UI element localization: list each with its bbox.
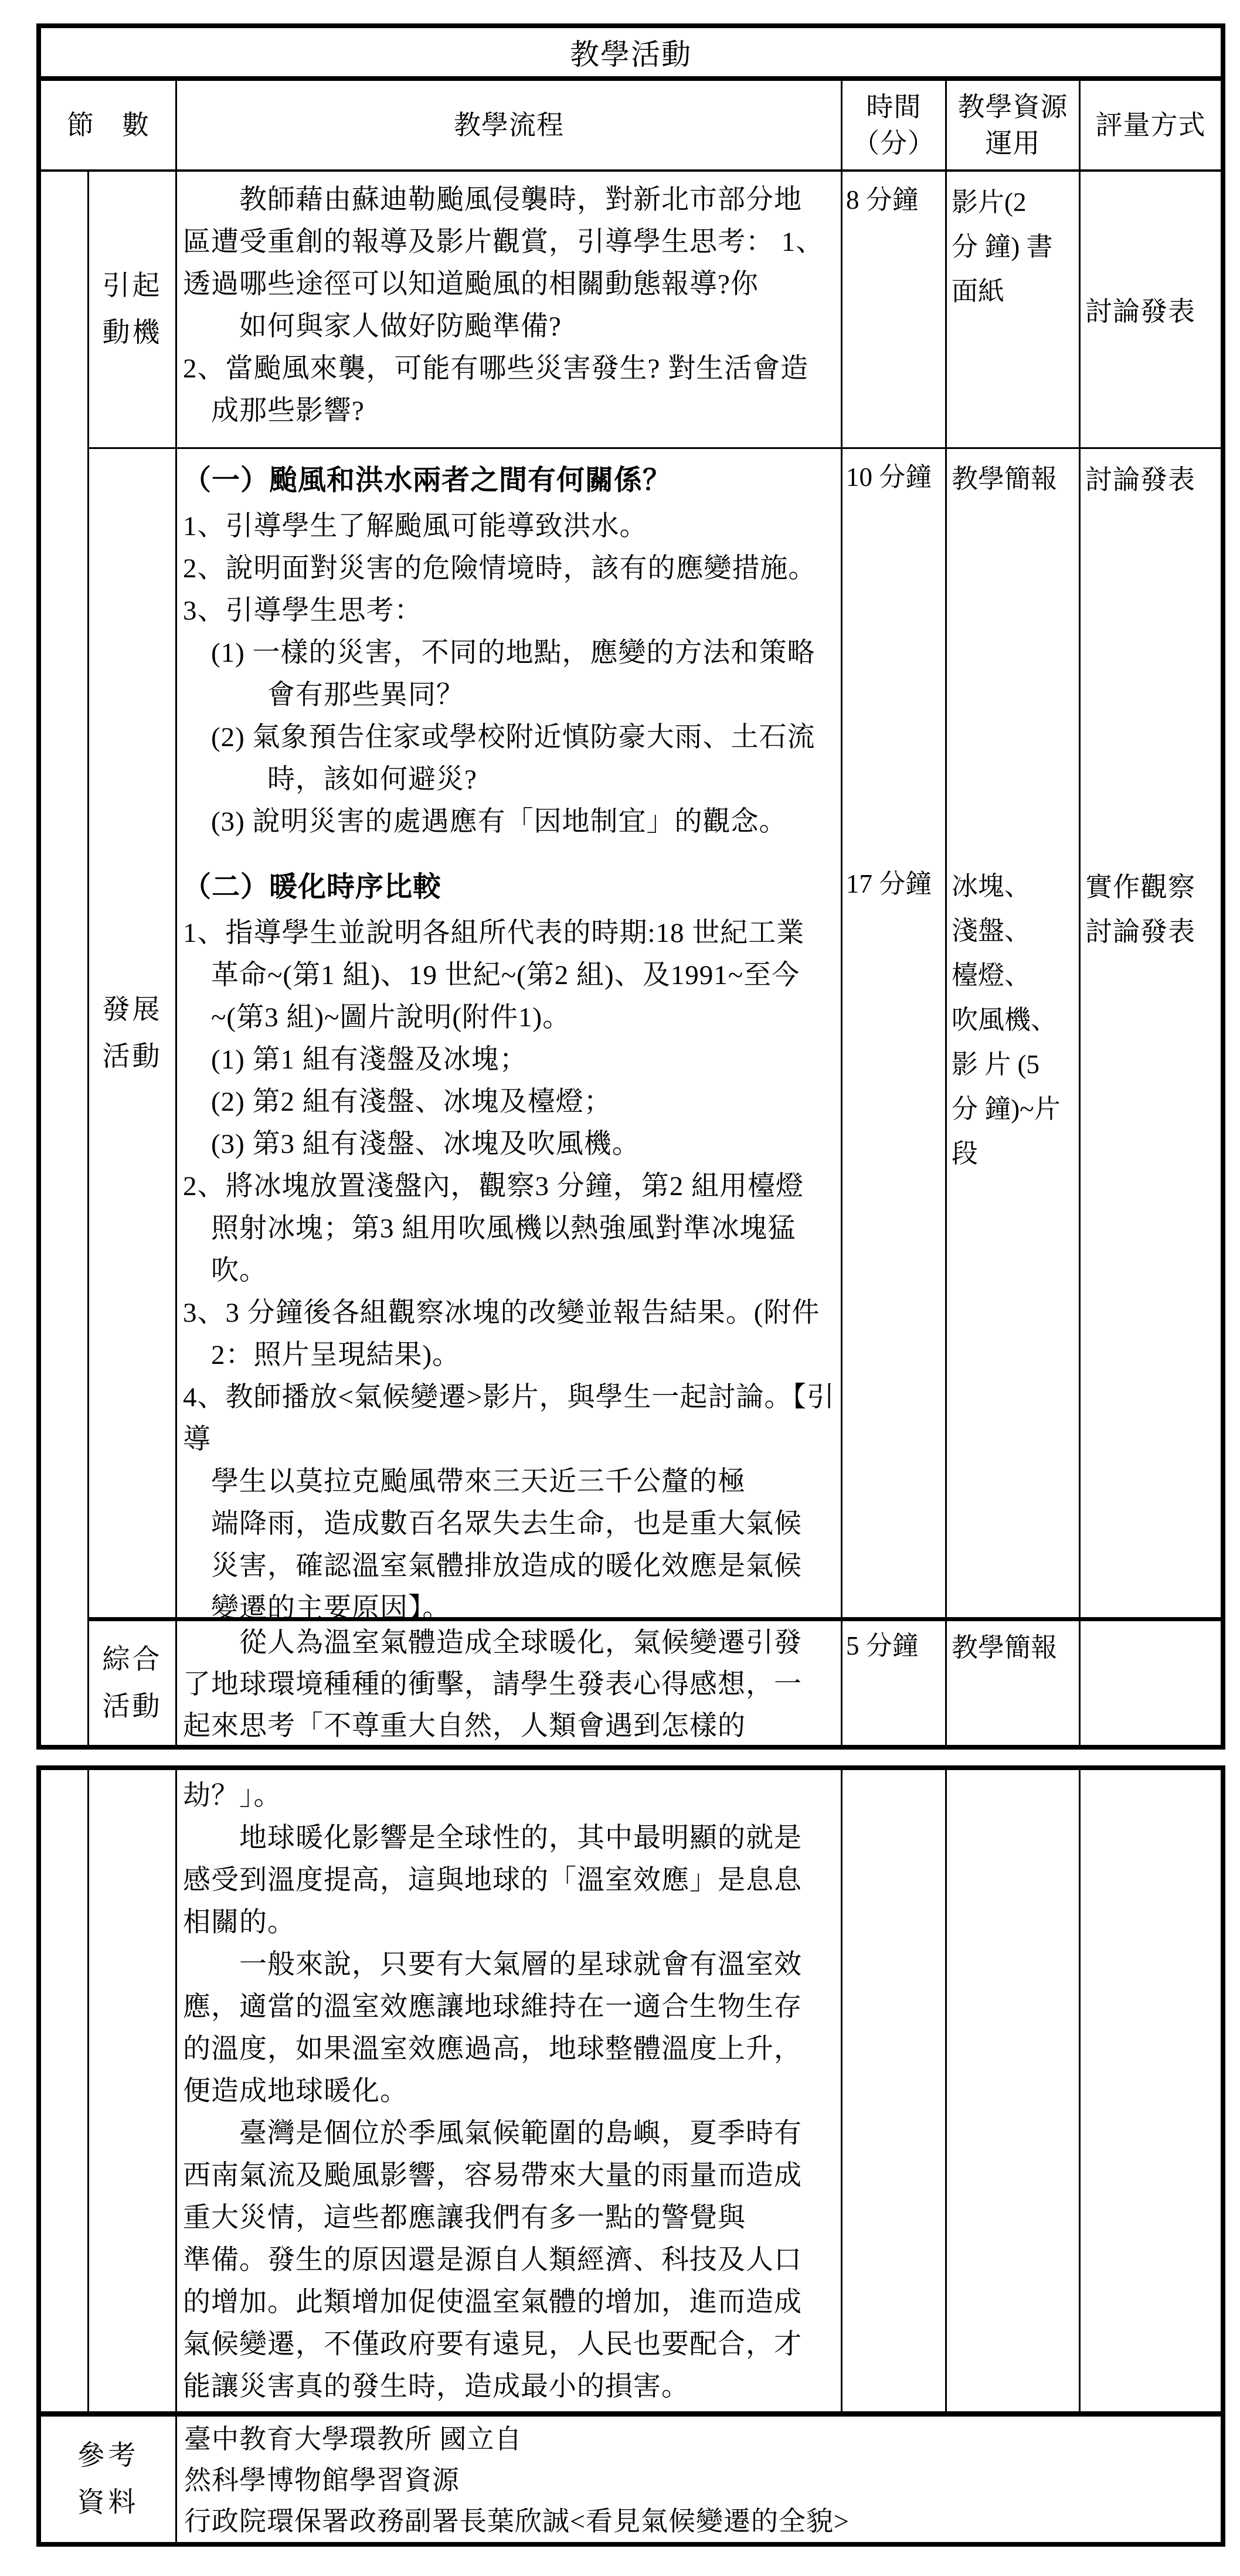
stage-label-cell-cont	[89, 1770, 177, 2417]
continuation-flow: 劫？」。 地球暖化影響是全球性的，其中最明顯的就是感受到溫度提高，這與地球的「溫…	[177, 1770, 842, 2417]
teaching-activity-table-continued: 劫？」。 地球暖化影響是全球性的，其中最明顯的就是感受到溫度提高，這與地球的「溫…	[36, 1765, 1225, 2547]
text-line: (2) 氣象預告住家或學校附近慎防豪大雨、土石流	[183, 716, 837, 758]
text-line: 活動	[103, 1033, 162, 1080]
text-line: (3) 第3 組有淺盤、冰塊及吹風機。	[183, 1123, 837, 1165]
text-line: 然科學博物館學習資源	[184, 2460, 1217, 2501]
col-header-resource: 教學資源運用	[947, 81, 1081, 172]
text-line: 一般來說，只要有大氣層的星球就會有溫室效	[183, 1944, 837, 1986]
continuation-time	[842, 1770, 947, 2417]
session-number-cell	[41, 172, 89, 1745]
text-line: (1) 一樣的災害，不同的地點，應變的方法和策略	[183, 632, 837, 674]
row3-flow: 從人為溫室氣體造成全球暖化，氣候變遷引發了地球環境種種的衝擊，請學生發表心得感想…	[177, 1621, 842, 1745]
text-line: ~(第3 組)~圖片說明(附件1)。	[183, 996, 837, 1039]
text-line: 感受到溫度提高，這與地球的「溫室效應」是息息	[183, 1859, 837, 1901]
row2-section2-time: 17 分鐘	[842, 856, 947, 1621]
text-line: 從人為溫室氣體造成全球暖化，氣候變遷引發	[183, 1622, 837, 1664]
text-line: 實作觀察	[1085, 865, 1221, 910]
text-line: 教師藉由蘇迪勒颱風侵襲時，對新北市部分地	[183, 179, 837, 221]
text-line: 2、將冰塊放置淺盤內，觀察3 分鐘，第2 組用檯燈	[183, 1165, 837, 1207]
col-header-assessment: 評量方式	[1081, 81, 1221, 172]
text-line: (3) 說明災害的處遇應有「因地制宜」的觀念。	[183, 801, 837, 843]
text-line: 時，該如何避災?	[183, 758, 837, 801]
text-line: 變遷的主要原因】。	[183, 1587, 837, 1621]
text-line: 運用	[986, 125, 1041, 162]
col-header-session: 節 數	[41, 81, 177, 172]
row2-section2-flow: （二）暖化時序比較 1、指導學生並說明各組所代表的時期:18 世紀工業 革命~(…	[177, 856, 842, 1621]
text-line: 能讓災害真的發生時，造成最小的損害。	[183, 2366, 837, 2408]
text-line: 臺中教育大學環教所 國立自	[184, 2419, 1217, 2460]
row3-assessment	[1081, 1621, 1221, 1745]
row2-section1-time: 10 分鐘	[842, 449, 947, 856]
row2-section1-flow: （一）颱風和洪水兩者之間有何關係？ 1、引導學生了解颱風可能導致洪水。2、說明面…	[177, 449, 842, 856]
text-line: 2、當颱風來襲，可能有哪些災害發生? 對生活會造	[183, 348, 837, 390]
text-line: 透過哪些途徑可以知道颱風的相關動態報導?你	[183, 263, 837, 305]
text-line: 學生以莫拉克颱風帶來三天近三千公釐的極	[183, 1461, 837, 1503]
text-line: 時間	[867, 89, 922, 125]
text-line: 氣候變遷，不僅政府要有遠見，人民也要配合，才	[183, 2323, 837, 2366]
text-line: 活動	[103, 1683, 162, 1730]
text-line: 如何與家人做好防颱準備?	[183, 305, 837, 348]
text-line: 影片(2	[952, 180, 1076, 224]
row2-section1-assessment: 討論發表	[1081, 449, 1221, 856]
row2-section1-resource: 教學簡報	[947, 449, 1081, 856]
row3-resource: 教學簡報	[947, 1621, 1081, 1745]
text-line: 革命~(第1 組)、19 世紀~(第2 組)、及1991~至今	[183, 954, 837, 996]
col-header-flow: 教學流程	[177, 81, 842, 172]
text-line: 行政院環保署政務副署長葉欣誠<看見氣候變遷的全貌>	[184, 2501, 1217, 2542]
text-line: 綜合	[103, 1636, 162, 1683]
row1-flow: 教師藉由蘇迪勒颱風侵襲時，對新北市部分地區遭受重創的報導及影片觀賞，引導學生思考…	[177, 172, 842, 449]
text-line: 會有那些異同？	[183, 674, 837, 716]
text-line: 成那些影響?	[183, 390, 837, 432]
lesson-plan-document: 教學活動 節 數 教學流程 時間（分） 教學資源運用 評量方式 引起動機 教師藉…	[0, 0, 1240, 2576]
text-line: 分 鐘)~片	[952, 1087, 1076, 1131]
text-line: 應，適當的溫室效應讓地球維持在一適合生物生存	[183, 1986, 837, 2028]
continuation-assessment	[1081, 1770, 1221, 2417]
text-line: 段	[952, 1131, 1076, 1176]
text-line: 照射冰塊；第3 組用吹風機以熱強風對準冰塊猛	[183, 1207, 837, 1250]
text-line: 吹風機、	[952, 998, 1076, 1042]
text-line: 發展	[103, 986, 162, 1033]
row3-stage-label: 綜合活動	[89, 1621, 177, 1745]
section2-lines: 1、指導學生並說明各組所代表的時期:18 世紀工業 革命~(第1 組)、19 世…	[183, 912, 837, 1621]
text-line: 討論發表	[1085, 910, 1221, 954]
text-line: 便造成地球暖化。	[183, 2070, 837, 2112]
text-line: 1、引導學生了解颱風可能導致洪水。	[183, 505, 837, 547]
text-line: 起來思考「不尊重大自然，人類會遇到怎樣的	[183, 1706, 837, 1745]
text-line: 淺盤、	[952, 908, 1076, 953]
text-line: 教學資源	[958, 89, 1068, 125]
text-line: 1、指導學生並說明各組所代表的時期:18 世紀工業	[183, 912, 837, 954]
text-line: 劫？」。	[183, 1775, 837, 1817]
text-line: （分）	[852, 125, 935, 162]
row2-section2-resource: 冰塊、淺盤、檯燈、吹風機、影 片 (5分 鐘)~片段	[947, 856, 1081, 1621]
row2-stage-label: 發展活動	[89, 449, 177, 1621]
row3-time: 5 分鐘	[842, 1621, 947, 1745]
text-line: 冰塊、	[952, 864, 1076, 908]
text-line: 3、引導學生思考：	[183, 590, 837, 632]
col-header-time: 時間（分）	[842, 81, 947, 172]
row1-time: 8 分鐘	[842, 172, 947, 449]
table-title: 教學活動	[41, 28, 1221, 81]
reference-label: 參考資料	[41, 2417, 177, 2542]
text-line: 動機	[103, 309, 162, 356]
text-line: 相關的。	[183, 1901, 837, 1944]
text-line: 了地球環境種種的衝擊，請學生發表心得感想，一	[183, 1664, 837, 1706]
text-line: 西南氣流及颱風影響，容易帶來大量的雨量而造成	[183, 2155, 837, 2197]
text-line: 4、教師播放<氣候變遷>影片，與學生一起討論。【引導	[183, 1376, 837, 1461]
text-line: 3、3 分鐘後各組觀察冰塊的改變並報告結果。(附件	[183, 1292, 837, 1334]
text-line: (2) 第2 組有淺盤、冰塊及檯燈；	[183, 1081, 837, 1123]
row2-section2-assessment: 實作觀察討論發表	[1081, 856, 1221, 1621]
text-line: 的溫度，如果溫室效應過高，地球整體溫度上升，	[183, 2028, 837, 2070]
text-line: 的增加。此類增加促使溫室氣體的增加，進而造成	[183, 2281, 837, 2323]
text-line: 引起	[103, 263, 162, 309]
row1-assessment: 討論發表	[1081, 172, 1221, 449]
text-line: 資料	[77, 2479, 140, 2526]
row1-stage-label: 引起動機	[89, 172, 177, 449]
teaching-activity-table: 教學活動 節 數 教學流程 時間（分） 教學資源運用 評量方式 引起動機 教師藉…	[36, 23, 1225, 1750]
text-line: 參考	[77, 2432, 140, 2479]
text-line: 面紙	[952, 269, 1076, 314]
section2-heading: （二）暖化時序比較	[183, 863, 837, 912]
text-line: 地球暖化影響是全球性的，其中最明顯的就是	[183, 1817, 837, 1859]
text-line: 區遭受重創的報導及影片觀賞，引導學生思考： 1、	[183, 221, 837, 263]
reference-content: 臺中教育大學環教所 國立自然科學博物館學習資源行政院環保署政務副署長葉欣誠<看見…	[177, 2417, 1221, 2542]
text-line: 準備。發生的原因還是源自人類經濟、科技及人口	[183, 2239, 837, 2281]
text-line: 災害，確認溫室氣體排放造成的暖化效應是氣候	[183, 1545, 837, 1587]
text-line: 吹。	[183, 1250, 837, 1292]
continuation-resource	[947, 1770, 1081, 2417]
row1-resource: 影片(2分 鐘) 書面紙	[947, 172, 1081, 449]
section1-heading: （一）颱風和洪水兩者之間有何關係？	[183, 456, 837, 505]
text-line: 分 鐘) 書	[952, 224, 1076, 269]
text-line: 2、說明面對災害的危險情境時，該有的應變措施。	[183, 547, 837, 590]
session-number-cell-cont	[41, 1770, 89, 2417]
text-line: 端降雨，造成數百名眾失去生命，也是重大氣候	[183, 1503, 837, 1545]
section1-lines: 1、引導學生了解颱風可能導致洪水。2、說明面對災害的危險情境時，該有的應變措施。…	[183, 505, 837, 843]
text-line: 臺灣是個位於季風氣候範圍的島嶼，夏季時有	[183, 2112, 837, 2155]
text-line: 檯燈、	[952, 953, 1076, 998]
text-line: 重大災情，這些都應讓我們有多一點的警覺與	[183, 2197, 837, 2239]
text-line: (1) 第1 組有淺盤及冰塊；	[183, 1039, 837, 1081]
text-line: 影 片 (5	[952, 1042, 1076, 1087]
text-line: 2：照片呈現結果)。	[183, 1334, 837, 1376]
